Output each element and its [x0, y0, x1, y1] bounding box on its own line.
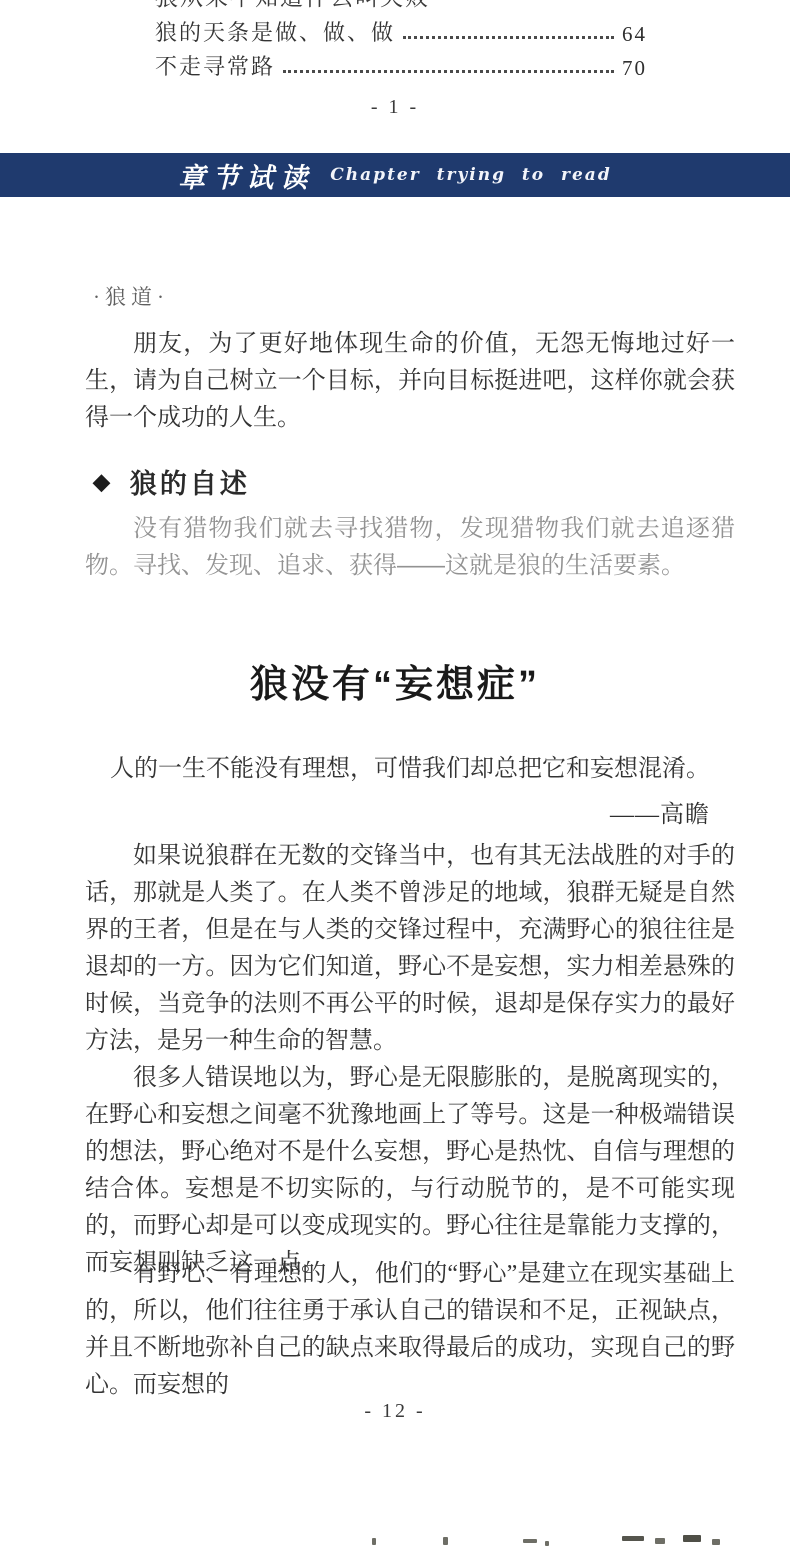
intro-paragraph: 朋友，为了更好地体现生命的价值，无怨无悔地过好一生，请为自己树立一个目标，并向目…	[85, 326, 735, 437]
epigraph: 人的一生不能没有理想，可惜我们却总把它和妄想混淆。	[85, 748, 735, 783]
toc-entry-label: 不走寻常路	[155, 50, 275, 81]
glyph-fragment	[622, 1536, 644, 1541]
glyph-fragment	[523, 1539, 537, 1543]
glyph-fragment	[545, 1541, 549, 1546]
toc-entry-clipped: 狼从来不知道什么叫失败	[155, 0, 430, 12]
running-head: ·狼道·	[93, 281, 169, 311]
toc-entry-page-number: 64	[622, 22, 647, 47]
banner-title-chinese: 章节试读	[178, 156, 314, 195]
folio-page-number: - 12 -	[0, 1400, 790, 1423]
dotted-leader	[283, 70, 614, 73]
glyph-fragment	[372, 1538, 376, 1545]
glyph-fragment	[712, 1539, 720, 1545]
section-heading: ◆ 狼的自述	[93, 462, 250, 501]
diamond-bullet-icon: ◆	[93, 469, 110, 495]
glyph-fragment	[683, 1535, 701, 1542]
toc-entry-label: 狼的天条是做、做、做	[155, 16, 395, 47]
chapter-title: 狼没有“妄想症”	[0, 653, 790, 708]
next-page-clipped-text	[0, 1532, 790, 1546]
dotted-leader	[403, 36, 614, 39]
banner-title-english: Chapter trying to read	[330, 165, 611, 185]
glyph-fragment	[443, 1537, 448, 1545]
folio-page-number: - 1 -	[0, 96, 790, 119]
wolf-statement-paragraph: 没有猎物我们就去寻找猎物，发现猎物我们就去追逐猎物。寻找、发现、追求、获得——这…	[85, 510, 735, 584]
body-paragraph: 如果说狼群在无数的交锋当中，也有其无法战胜的对手的话，那就是人类了。在人类不曾涉…	[85, 838, 735, 1060]
epigraph-author: ——高瞻	[610, 794, 710, 829]
section-heading-label: 狼的自述	[130, 462, 250, 501]
toc-entry: 不走寻常路 70	[155, 50, 647, 81]
toc-entry: 狼的天条是做、做、做 64	[155, 16, 647, 47]
book-preview-page: 狼从来不知道什么叫失败 狼的天条是做、做、做 64 不走寻常路 70 - 1 -…	[0, 0, 790, 1546]
chapter-preview-banner: 章节试读 Chapter trying to read	[0, 153, 790, 197]
body-paragraph: 很多人错误地以为，野心是无限膨胀的，是脱离现实的，在野心和妄想之间毫不犹豫地画上…	[85, 1060, 735, 1282]
body-paragraph: 有野心、有理想的人，他们的“野心”是建立在现实基础上的，所以，他们往往勇于承认自…	[85, 1256, 735, 1404]
toc-entry-page-number: 70	[622, 56, 647, 81]
glyph-fragment	[655, 1538, 665, 1544]
